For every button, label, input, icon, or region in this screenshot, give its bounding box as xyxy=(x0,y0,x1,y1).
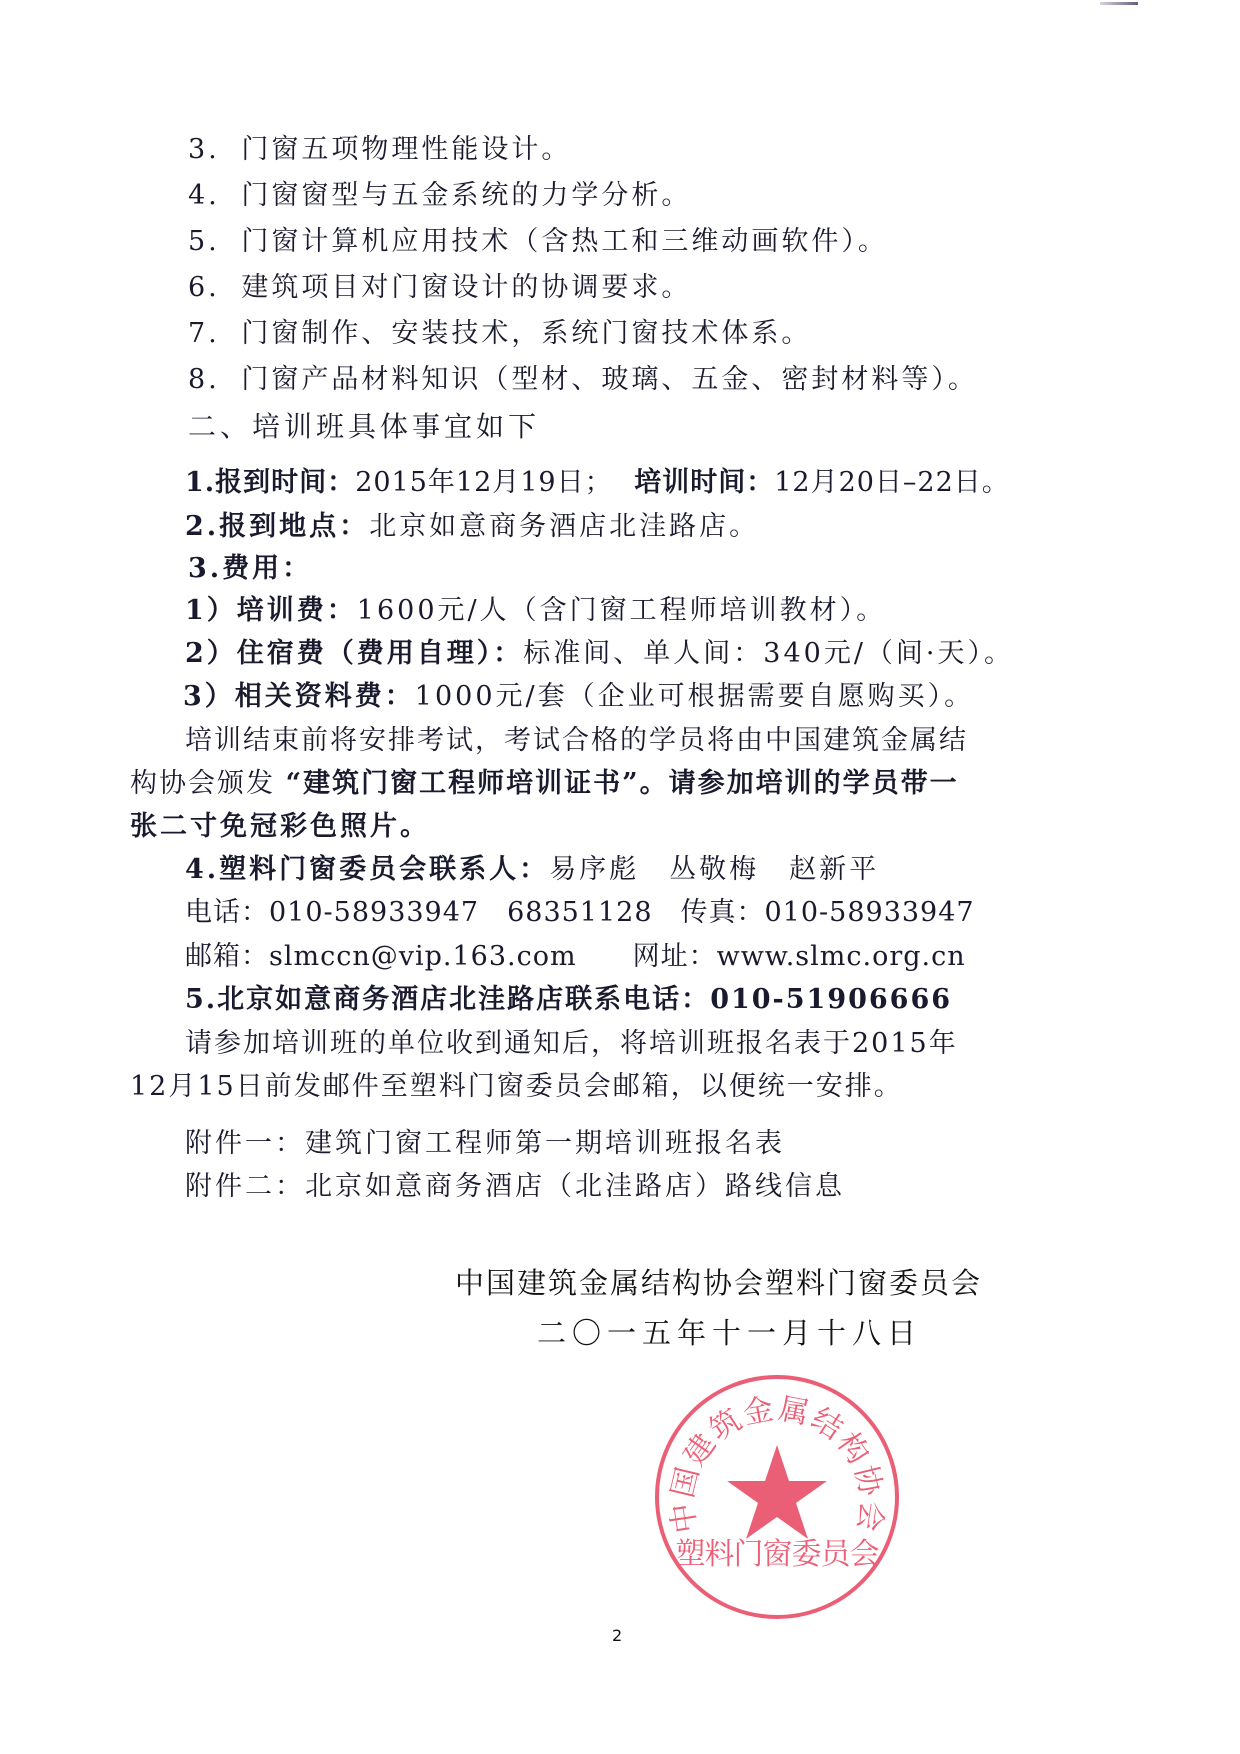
location-label: 2.报到地点： xyxy=(185,511,369,542)
fees-label: 3.费用： xyxy=(188,552,312,586)
registration-time-value: 2015年12月19日； xyxy=(355,467,612,498)
attachment-1: 附件一：建筑门窗工程师第一期培训班报名表 xyxy=(185,1127,785,1161)
registration-time-label: 1.报到时间： xyxy=(185,467,355,498)
attachment-2: 附件二：北京如意商务酒店（北洼路店）路线信息 xyxy=(185,1170,845,1204)
signup-line-2: 12月15日前发邮件至塑料门窗委员会邮箱，以便统一安排。 xyxy=(130,1070,903,1104)
course-item: 4. 门窗窗型与五金系统的力学分析。 xyxy=(188,179,691,213)
registration-time-line: 1.报到时间：2015年12月19日； 培训时间：12月20日–22日。 xyxy=(185,466,1010,500)
fee-materials-line: 3）相关资料费：1000元/套（企业可根据需要自愿购买）。 xyxy=(183,680,974,714)
fee-training-label: 1）培训费： xyxy=(185,595,357,626)
training-time-label: 培训时间： xyxy=(634,467,774,498)
certificate-notice: “建筑门窗工程师培训证书”。请参加培训的学员带一 xyxy=(286,768,959,799)
hotel-phone-value: 010-51906666 xyxy=(710,984,952,1015)
exam-paragraph-line-2: 构协会颁发 “建筑门窗工程师培训证书”。请参加培训的学员带一 xyxy=(130,767,959,801)
exam-paragraph-line-3: 张二寸免冠彩色照片。 xyxy=(130,810,430,844)
course-item-text: 门窗制作、安装技术，系统门窗技术体系。 xyxy=(241,318,811,349)
course-item-text: 门窗计算机应用技术（含热工和三维动画软件）。 xyxy=(241,226,888,257)
signup-line-1: 请参加培训班的单位收到通知后，将培训班报名表于2015年 xyxy=(185,1027,958,1061)
contacts-line: 4.塑料门窗委员会联系人：易序彪 丛敬梅 赵新平 xyxy=(185,853,879,887)
contacts-value: 易序彪 丛敬梅 赵新平 xyxy=(549,854,879,885)
course-item: 5. 门窗计算机应用技术（含热工和三维动画软件）。 xyxy=(188,225,888,259)
signature-date: 二〇一五年十一月十八日 xyxy=(537,1316,922,1350)
email-website-line: 邮箱：slmccn@vip.163.com 网址：www.slmc.org.cn xyxy=(185,940,966,974)
course-item-text: 门窗窗型与五金系统的力学分析。 xyxy=(241,180,691,211)
phone-line: 电话：010-58933947 68351128 传真：010-58933947 xyxy=(185,896,975,930)
course-item: 6. 建筑项目对门窗设计的协调要求。 xyxy=(188,271,691,305)
official-seal: 中国建筑金属结构协会 塑料门窗委员会 xyxy=(655,1375,899,1619)
course-item: 7. 门窗制作、安装技术，系统门窗技术体系。 xyxy=(188,317,811,351)
training-time-value: 12月20日–22日。 xyxy=(774,467,1010,498)
contacts-label: 4.塑料门窗委员会联系人： xyxy=(185,854,549,885)
course-item-number: 8. xyxy=(188,364,220,395)
exam-issuer-text: 构协会颁发 xyxy=(130,768,275,799)
course-item-number: 4. xyxy=(188,180,220,211)
signature-organization: 中国建筑金属结构协会塑料门窗委员会 xyxy=(455,1266,982,1300)
fee-materials-label: 3）相关资料费： xyxy=(183,681,415,712)
course-item-number: 3. xyxy=(188,134,220,165)
location-line: 2.报到地点：北京如意商务酒店北洼路店。 xyxy=(185,510,759,544)
exam-paragraph-line-1: 培训结束前将安排考试，考试合格的学员将由中国建筑金属结 xyxy=(185,724,968,758)
course-item-number: 5. xyxy=(188,226,220,257)
seal-star-icon: 中国建筑金属结构协会 xyxy=(659,1379,895,1615)
course-item-number: 7. xyxy=(188,318,220,349)
section-heading: 二、培训班具体事宜如下 xyxy=(188,410,540,444)
course-item-text: 建筑项目对门窗设计的协调要求。 xyxy=(241,272,691,303)
seal-bottom-text: 塑料门窗委员会 xyxy=(659,1529,895,1573)
course-item-text: 门窗产品材料知识（型材、玻璃、五金、密封材料等）。 xyxy=(241,364,978,395)
fee-lodging-label: 2）住宿费（费用自理）： xyxy=(185,638,523,669)
hotel-phone-line: 5.北京如意商务酒店北洼路店联系电话：010-51906666 xyxy=(185,983,952,1017)
fee-training-value: 1600元/人（含门窗工程师培训教材）。 xyxy=(357,595,886,626)
svg-text:中国建筑金属结构协会: 中国建筑金属结构协会 xyxy=(665,1391,889,1535)
hotel-phone-label: 5.北京如意商务酒店北洼路店联系电话： xyxy=(185,984,710,1015)
location-value: 北京如意商务酒店北洼路店。 xyxy=(369,511,759,542)
course-item: 8. 门窗产品材料知识（型材、玻璃、五金、密封材料等）。 xyxy=(188,363,978,397)
fee-training-line: 1）培训费：1600元/人（含门窗工程师培训教材）。 xyxy=(185,594,886,628)
fee-lodging-line: 2）住宿费（费用自理）：标准间、单人间：340元/（间·天）。 xyxy=(185,637,1014,671)
page-number: 2 xyxy=(612,1626,622,1645)
course-item: 3. 门窗五项物理性能设计。 xyxy=(188,133,571,167)
scan-artifact xyxy=(1100,2,1138,5)
course-item-text: 门窗五项物理性能设计。 xyxy=(241,134,571,165)
fee-materials-value: 1000元/套（企业可根据需要自愿购买）。 xyxy=(415,681,974,712)
fee-lodging-value: 标准间、单人间：340元/（间·天）。 xyxy=(523,638,1014,669)
course-item-number: 6. xyxy=(188,272,220,303)
